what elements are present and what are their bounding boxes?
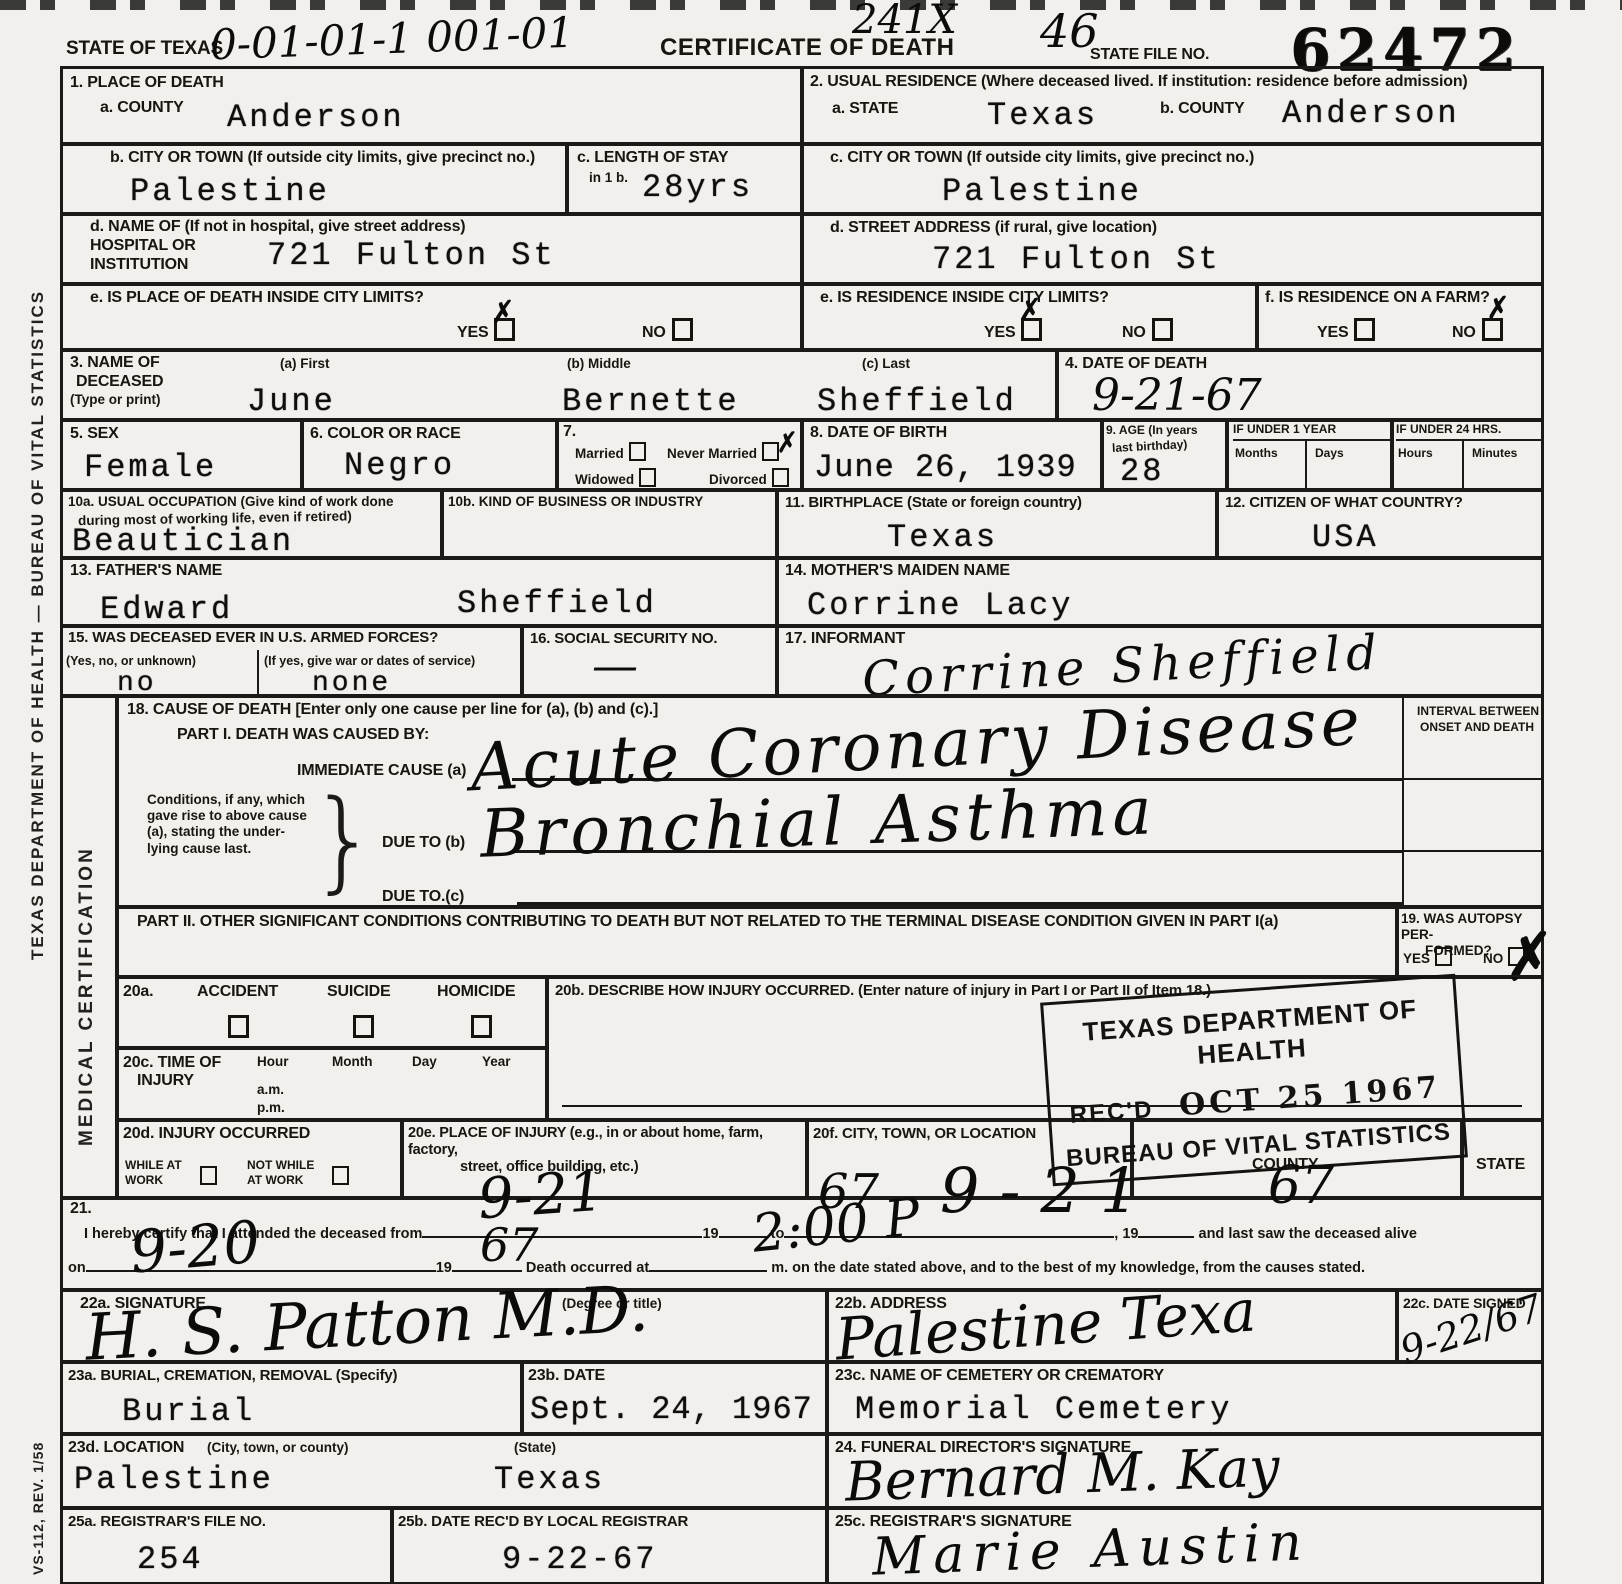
hour-label: Hour	[257, 1054, 289, 1070]
armed-forces-sub1: (Yes, no, or unknown)	[66, 654, 196, 669]
cert-to-year: 67	[1268, 1160, 1334, 1212]
location-city-value: Palestine	[74, 1464, 274, 1496]
cemetery-label: 23c. NAME OF CEMETERY OR CREMATORY	[835, 1367, 1542, 1386]
form-number-label: VS-112, REV. 1/58	[30, 1395, 46, 1575]
widowed-checkbox	[639, 468, 656, 487]
stamp-agency: TEXAS DEPARTMENT OF HEALTH	[1044, 991, 1457, 1081]
cert-blank-time	[649, 1256, 767, 1272]
residence-city-limits-label: e. IS RESIDENCE INSIDE CITY LIMITS?	[820, 289, 1257, 308]
name-first-label: (a) First	[280, 356, 330, 372]
scan-torn-edge	[0, 0, 1622, 10]
birthplace-label: 11. BIRTHPLACE (State or foreign country…	[785, 494, 1217, 512]
medical-certification-label: MEDICAL CERTIFICATION	[76, 826, 98, 1146]
handwritten-district-code: 0-01-01-1 001-01	[209, 12, 574, 67]
homicide-label: HOMICIDE	[437, 983, 515, 1002]
death-city-limits-no-checkbox	[672, 318, 693, 341]
hours-label: Hours	[1398, 446, 1433, 461]
cert-on-year: 67	[480, 1222, 539, 1268]
state-of-texas-label: STATE OF TEXAS	[66, 38, 223, 60]
residence-farm-yes-checkbox	[1354, 318, 1375, 341]
citizen-label: 12. CITIZEN OF WHAT COUNTRY?	[1225, 494, 1542, 512]
age-value: 28	[1120, 456, 1164, 488]
cell-autopsy: 19. WAS AUTOPSY PER- FORMED? YES NO ✗	[1395, 905, 1544, 979]
residence-city-value: Palestine	[942, 176, 1142, 208]
not-while-at-work-checkbox	[332, 1166, 349, 1185]
cell-age: 9. AGE (In years last birthday) 28	[1100, 418, 1229, 492]
time-of-injury-label: 20c. TIME OF	[123, 1054, 221, 1073]
color-race-value: Negro	[344, 450, 455, 482]
cell-street-address: d. STREET ADDRESS (if rural, give locati…	[800, 212, 1544, 286]
conditions-brace: }	[309, 776, 379, 904]
cell-residence-city: c. CITY OR TOWN (If outside city limits,…	[800, 142, 1544, 216]
residence-farm-yes: YES	[1317, 318, 1375, 343]
not-while-at-work-label: NOT WHILEAT WORK	[247, 1158, 314, 1188]
usual-residence-title: 2. USUAL RESIDENCE (Where deceased lived…	[810, 73, 1542, 92]
death-certificate-scan: TEXAS DEPARTMENT OF HEALTH — BUREAU OF V…	[0, 0, 1622, 1584]
marital-married: Married	[575, 442, 646, 462]
registrar-file-value: 254	[137, 1544, 204, 1576]
accident-label: ACCIDENT	[197, 983, 278, 1002]
cell-sex: 5. SEX Female	[60, 418, 304, 492]
mother-name-value: Corrine Lacy	[807, 590, 1073, 622]
cell-name-of-deceased: 3. NAME OF DECEASED (Type or print) (a) …	[60, 348, 1059, 422]
while-at-work-label: WHILE ATWORK	[125, 1158, 182, 1188]
street-address-value: 721 Fulton St	[932, 244, 1221, 276]
cell-part2: PART II. OTHER SIGNIFICANT CONDITIONS CO…	[115, 905, 1399, 979]
name-last-value: Sheffield	[817, 386, 1017, 418]
month-label: Month	[332, 1054, 372, 1070]
name-middle-label: (b) Middle	[567, 356, 631, 372]
burial-label: 23a. BURIAL, CREMATION, REMOVAL (Specify…	[68, 1367, 522, 1385]
cell-citizen: 12. CITIZEN OF WHAT COUNTRY? USA	[1215, 488, 1544, 560]
cell-burial: 23a. BURIAL, CREMATION, REMOVAL (Specify…	[60, 1360, 524, 1436]
sex-value: Female	[84, 452, 217, 484]
cell-20a: 20a. ACCIDENT SUICIDE HOMICIDE	[115, 975, 549, 1050]
residence-city-limits-no: NO	[1122, 318, 1173, 343]
homicide-checkbox	[471, 1015, 492, 1038]
color-race-label: 6. COLOR OR RACE	[310, 425, 557, 444]
marital-widowed: Widowed	[575, 468, 656, 488]
residence-state-label: a. STATE	[832, 100, 898, 119]
under-24-hrs-divider	[1462, 440, 1464, 490]
cell-death-city-limits: e. IS PLACE OF DEATH INSIDE CITY LIMITS?…	[60, 282, 804, 352]
cell-date-of-death: 4. DATE OF DEATH 9-21-67	[1055, 348, 1544, 422]
cell-residence-farm: f. IS RESIDENCE ON A FARM? YES NO ✗	[1255, 282, 1544, 352]
cell-funeral-director: 24. FUNERAL DIRECTOR'S SIGNATURE Bernard…	[825, 1432, 1544, 1510]
medical-certification-bar: MEDICAL CERTIFICATION	[60, 694, 119, 1200]
mother-name-label: 14. MOTHER'S MAIDEN NAME	[785, 562, 1542, 581]
under-1-year-label: IF UNDER 1 YEAR	[1233, 422, 1392, 441]
months-label: Months	[1235, 446, 1278, 461]
cert-on-value: 9-20	[128, 1212, 263, 1281]
cell-marital-status: 7. Married Never Married ✗ Widowed Divor…	[555, 418, 804, 492]
cell-informant: 17. INFORMANT Corrine Sheffield	[775, 624, 1544, 698]
cell-if-under-1-year: IF UNDER 1 YEAR Months Days	[1225, 418, 1394, 492]
days-label: Days	[1315, 446, 1344, 461]
location-state-sub: (State)	[514, 1440, 556, 1456]
conditions-note: Conditions, if any, which gave rise to a…	[147, 792, 307, 857]
cell-registrar-signature: 25c. REGISTRAR'S SIGNATURE Marie Austin	[825, 1506, 1544, 1584]
interval-line-a	[1402, 778, 1542, 780]
day-label: Day	[412, 1054, 437, 1070]
date-of-birth-label: 8. DATE OF BIRTH	[810, 424, 1102, 443]
married-checkbox	[629, 442, 646, 461]
place-of-injury-label: 20e. PLACE OF INJURY (e.g., in or about …	[408, 1125, 807, 1159]
time-of-injury-label2: INJURY	[137, 1072, 194, 1091]
occupation-value: Beautician	[72, 526, 294, 558]
residence-city-label: c. CITY OR TOWN (If outside city limits,…	[830, 149, 1542, 168]
marital-divorced: Divorced	[709, 468, 789, 488]
due-to-b-label: DUE TO (b)	[382, 834, 465, 853]
registrar-date-label: 25b. DATE REC'D BY LOCAL REGISTRAR	[398, 1513, 827, 1531]
autopsy-yes: YES	[1403, 947, 1452, 967]
cell-armed-forces: 15. WAS DECEASED EVER IN U.S. ARMED FORC…	[60, 624, 524, 698]
cell-registrar-file: 25a. REGISTRAR'S FILE NO. 254	[60, 1506, 394, 1584]
name-first-value: June	[247, 386, 336, 418]
death-city-limits-label: e. IS PLACE OF DEATH INSIDE CITY LIMITS?	[90, 289, 802, 308]
under-1-year-divider	[1305, 440, 1307, 490]
cemetery-value: Memorial Cemetery	[855, 1394, 1232, 1426]
accident-checkbox	[228, 1015, 249, 1038]
county-label: a. COUNTY	[100, 99, 802, 118]
cert-line2: on19 Death occurred at m. on the date st…	[68, 1250, 1365, 1286]
birthplace-value: Texas	[887, 522, 998, 554]
name-middle-value: Bernette	[562, 386, 740, 418]
residence-state-value: Texas	[987, 100, 1098, 132]
pm-label: p.m.	[257, 1100, 285, 1116]
registrar-file-label: 25a. REGISTRAR'S FILE NO.	[68, 1513, 392, 1531]
registrar-signature-value: Marie Austin	[871, 1516, 1310, 1583]
suicide-label: SUICIDE	[327, 983, 391, 1002]
accident-num: 20a.	[123, 983, 153, 1002]
cell-birthplace: 11. BIRTHPLACE (State or foreign country…	[775, 488, 1219, 560]
ssn-value: —	[592, 642, 638, 688]
cell-father-name: 13. FATHER'S NAME Edward Sheffield	[60, 556, 779, 628]
armed-forces-label: 15. WAS DECEASED EVER IN U.S. ARMED FORC…	[68, 629, 522, 647]
state-col-label: STATE	[1476, 1156, 1525, 1175]
funeral-director-signature: Bernard M. Kay	[844, 1440, 1280, 1509]
interval-label2: ONSET AND DEATH	[1420, 720, 1534, 735]
cell-usual-residence: 2. USUAL RESIDENCE (Where deceased lived…	[800, 66, 1544, 146]
interval-column-divider	[1402, 696, 1404, 907]
location-label: 23d. LOCATION	[68, 1439, 184, 1458]
cell-industry: 10b. KIND OF BUSINESS OR INDUSTRY	[440, 488, 779, 560]
cell-burial-date: 23b. DATE Sept. 24, 1967	[520, 1360, 829, 1436]
length-of-stay-value: 28yrs	[642, 172, 753, 204]
burial-value: Burial	[122, 1396, 255, 1428]
cell-residence-city-limits: e. IS RESIDENCE INSIDE CITY LIMITS? YES …	[800, 282, 1259, 352]
interval-line-b	[1402, 850, 1542, 852]
cell-place-of-death: 1. PLACE OF DEATH a. COUNTY Anderson	[60, 66, 804, 146]
sex-label: 5. SEX	[70, 425, 302, 444]
cell-20d: 20d. INJURY OCCURRED WHILE ATWORK NOT WH…	[115, 1118, 404, 1200]
industry-label: 10b. KIND OF BUSINESS OR INDUSTRY	[448, 494, 777, 510]
while-at-work-checkbox	[200, 1166, 217, 1185]
handwritten-note-241x: 241X	[852, 0, 957, 40]
hospital-value: 721 Fulton St	[267, 240, 556, 272]
cell-state-col: STATE	[1460, 1118, 1544, 1200]
father-last-value: Sheffield	[457, 588, 657, 620]
suicide-checkbox	[353, 1015, 374, 1038]
residence-city-limits-no-checkbox	[1152, 318, 1173, 341]
state-file-no-label: STATE FILE NO.	[1090, 46, 1209, 65]
cell-occupation: 10a. USUAL OCCUPATION (Give kind of work…	[60, 488, 444, 560]
part2-label: PART II. OTHER SIGNIFICANT CONDITIONS CO…	[137, 913, 1387, 932]
location-city-sub: (City, town, or county)	[207, 1440, 349, 1456]
interval-label1: INTERVAL BETWEEN	[1417, 704, 1539, 719]
cell-length-of-stay: c. LENGTH OF STAY in 1 b. 28yrs	[565, 142, 804, 216]
injury-occurred-label: 20d. INJURY OCCURRED	[123, 1125, 402, 1144]
death-city-limits-no: NO	[642, 318, 693, 343]
marital-never-married: Never Married	[667, 442, 779, 462]
marital-num: 7.	[563, 423, 802, 442]
death-county-value: Anderson	[227, 102, 405, 134]
cell-ssn: 16. SOCIAL SECURITY NO. —	[520, 624, 779, 698]
cell-burial-location: 23d. LOCATION (City, town, or county) (S…	[60, 1432, 829, 1510]
registrar-date-value: 9-22-67	[502, 1544, 657, 1576]
cell-mother-name: 14. MOTHER'S MAIDEN NAME Corrine Lacy	[775, 556, 1544, 628]
hospital-label: d. NAME OF (If not in hospital, give str…	[90, 218, 802, 237]
cell-if-under-24-hrs: IF UNDER 24 HRS. Hours Minutes	[1390, 418, 1544, 492]
name-last-label: (c) Last	[862, 356, 910, 372]
cell-registrar-date: 25b. DATE REC'D BY LOCAL REGISTRAR 9-22-…	[390, 1506, 829, 1584]
cell-20c: 20c. TIME OF INJURY Hour Month Day Year …	[115, 1046, 549, 1122]
am-label: a.m.	[257, 1082, 284, 1098]
cert-to-value: 9-21	[940, 1160, 1159, 1222]
residence-county-value: Anderson	[1282, 98, 1460, 130]
burial-date-value: Sept. 24, 1967	[530, 1394, 813, 1426]
autopsy-yes-checkbox	[1435, 947, 1452, 966]
death-city-label: b. CITY OR TOWN (If outside city limits,…	[110, 149, 567, 168]
date-of-birth-value: June 26, 1939	[814, 452, 1077, 484]
cell-20e: 20e. PLACE OF INJURY (e.g., in or about …	[400, 1118, 809, 1200]
death-city-value: Palestine	[130, 176, 330, 208]
cell-color-race: 6. COLOR OR RACE Negro	[300, 418, 559, 492]
street-address-label: d. STREET ADDRESS (if rural, give locati…	[830, 219, 1542, 238]
citizen-value: USA	[1312, 522, 1379, 554]
residence-county-label: b. COUNTY	[1160, 100, 1244, 119]
father-name-label: 13. FATHER'S NAME	[70, 562, 777, 581]
under-24-hrs-label: IF UNDER 24 HRS.	[1396, 422, 1542, 441]
place-of-death-title: 1. PLACE OF DEATH	[70, 74, 802, 93]
cell-cemetery: 23c. NAME OF CEMETERY OR CREMATORY Memor…	[825, 1360, 1544, 1436]
stamp-date: OCT 25 1967	[1178, 1070, 1442, 1123]
divorced-checkbox	[772, 468, 789, 487]
location-state-value: Texas	[494, 1464, 605, 1496]
father-first-value: Edward	[100, 594, 233, 626]
armed-forces-sub2: (If yes, give war or dates of service)	[264, 654, 475, 669]
burial-date-label: 23b. DATE	[528, 1367, 827, 1386]
length-of-stay-sub: in 1 b.	[589, 170, 628, 186]
year-label: Year	[482, 1054, 511, 1070]
cell-hospital: d. NAME OF (If not in hospital, give str…	[60, 212, 804, 286]
cell-date-of-birth: 8. DATE OF BIRTH June 26, 1939	[800, 418, 1104, 492]
armed-forces-divider	[257, 650, 259, 696]
length-of-stay-label: c. LENGTH OF STAY	[577, 149, 802, 168]
ssn-label: 16. SOCIAL SECURITY NO.	[530, 630, 777, 648]
date-of-death-value: 9-21-67	[1092, 374, 1262, 418]
minutes-label: Minutes	[1472, 446, 1517, 461]
cell-death-city: b. CITY OR TOWN (If outside city limits,…	[60, 142, 569, 216]
margin-agency-label: TEXAS DEPARTMENT OF HEALTH — BUREAU OF V…	[28, 260, 48, 960]
